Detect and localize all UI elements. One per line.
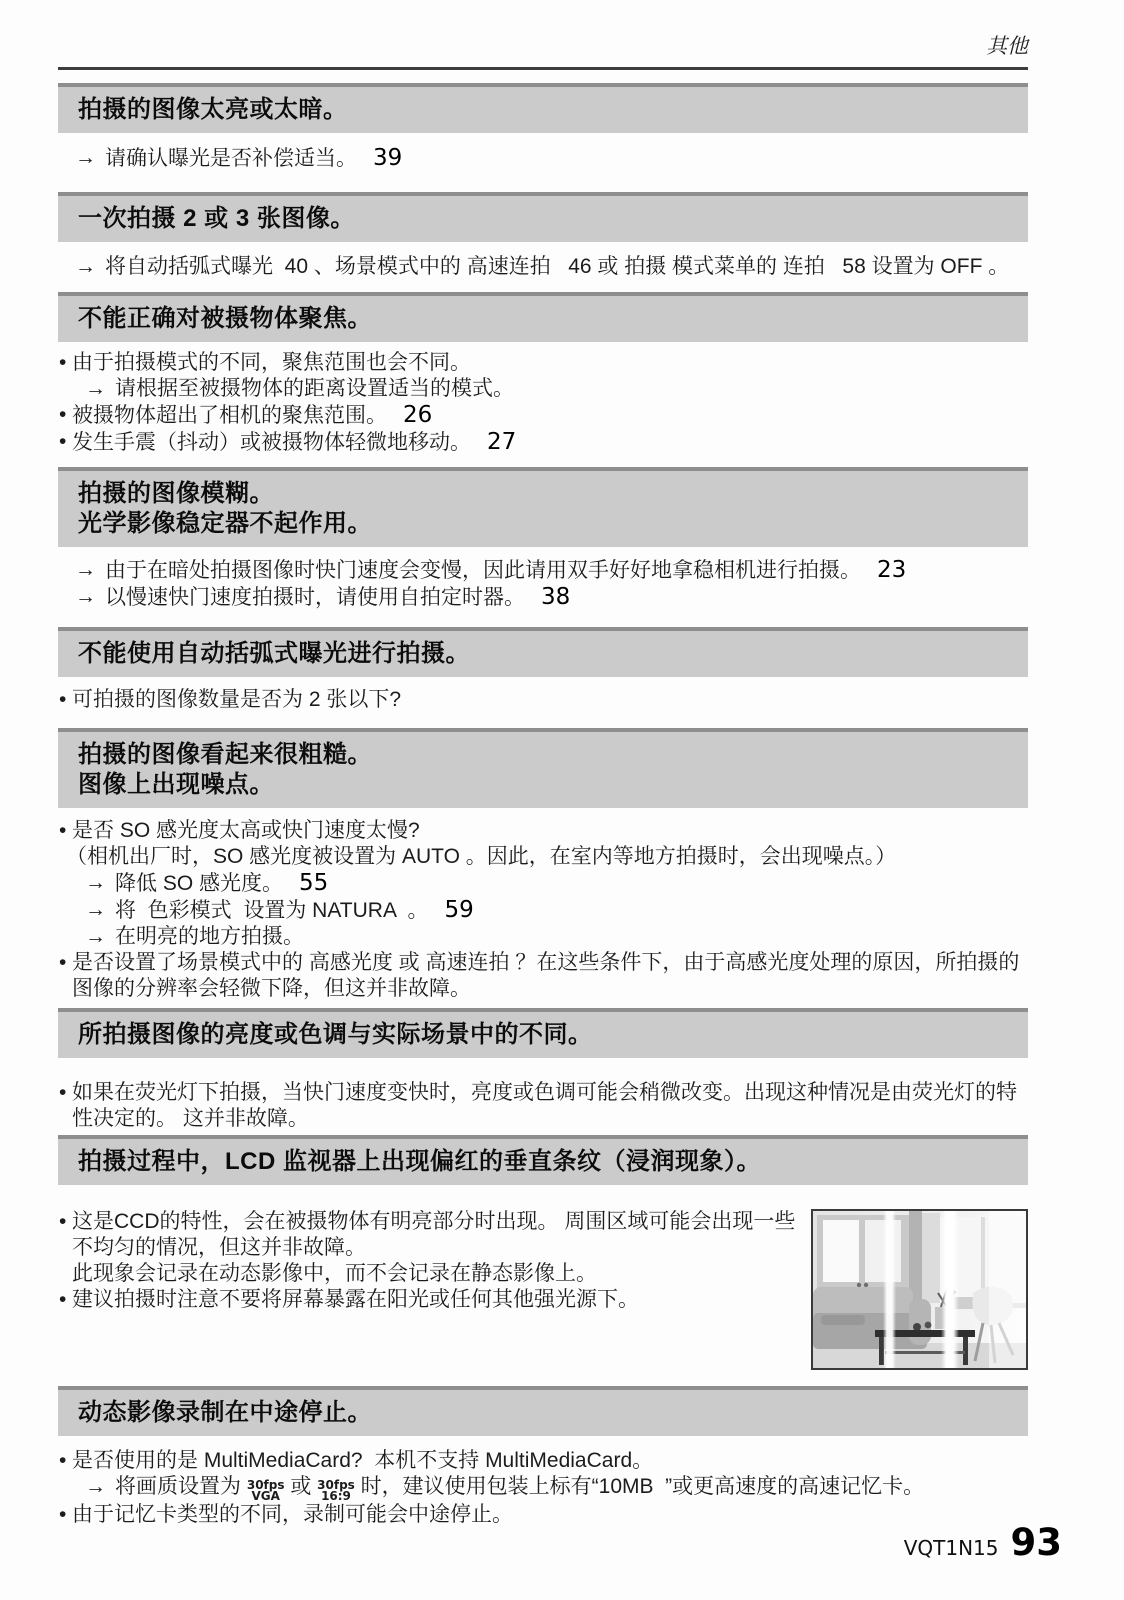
section-body: →将自动括弧式曝光 40 、场景模式中的 高速连拍 46 或 拍摄 模式菜单的 …: [58, 254, 1028, 280]
section-header: 拍摄的图像太亮或太暗。: [58, 83, 1028, 133]
section-title: 拍摄的图像模糊。: [78, 479, 1016, 509]
list-item: •是否 SO 感光度太高或快门速度太慢?: [58, 818, 1028, 844]
arrow-icon: →: [85, 1474, 106, 1500]
quality-mode-30fps-vga-icon: 30fpsVGA: [247, 1480, 285, 1502]
list-item: •是否使用的是 MultiMediaCard? 本机不支持 MultiMedia…: [58, 1448, 1028, 1474]
section-title: 不能正确对被摄物体聚焦。: [78, 304, 1016, 334]
section-title: 拍摄过程中，LCD 监视器上出现偏红的垂直条纹（浸润现象）。: [78, 1147, 1016, 1177]
bullet-icon: •: [59, 687, 66, 713]
page-number: 93: [1011, 1521, 1063, 1564]
bullet-icon: •: [59, 350, 66, 376]
section-title: 不能使用自动括弧式曝光进行拍摄。: [78, 639, 1016, 669]
list-item: •这是CCD的特性，会在被摄物体有明亮部分时出现。 周围区域可能会出现一些不均匀…: [58, 1209, 800, 1261]
arrow-icon: →: [75, 584, 96, 610]
chapter-label: 其他: [58, 34, 1028, 58]
list-item: →将自动括弧式曝光 40 、场景模式中的 高速连拍 46 或 拍摄 模式菜单的 …: [58, 254, 1028, 280]
section-title: 一次拍摄 2 或 3 张图像。: [78, 204, 1016, 234]
section-header: 不能使用自动括弧式曝光进行拍摄。: [58, 627, 1028, 677]
list-item: →在明亮的地方拍摄。: [58, 924, 1028, 950]
list-item: （相机出厂时，SO 感光度被设置为 AUTO 。因此，在室内等地方拍摄时，会出现…: [58, 844, 1028, 870]
page-reference: 26: [403, 402, 432, 428]
section-body: →由于在暗处拍摄图像时快门速度会变慢，因此请用双手好好地拿稳相机进行拍摄。23 …: [58, 557, 1028, 611]
list-item: •如果在荧光灯下拍摄，当快门速度变快时，亮度或色调可能会稍微改变。出现这种情况是…: [58, 1080, 1028, 1132]
section-header: 动态影像录制在中途停止。: [58, 1386, 1028, 1436]
page-reference: 27: [487, 429, 516, 455]
section-title-line2: 图像上出现噪点。: [78, 770, 1016, 800]
section-body: •是否 SO 感光度太高或快门速度太慢? （相机出厂时，SO 感光度被设置为 A…: [58, 818, 1028, 1002]
page-reference: 59: [444, 897, 473, 923]
list-item: •由于拍摄模式的不同，聚焦范围也会不同。: [58, 350, 1028, 376]
list-item: →降低 SO 感光度。55: [58, 870, 1028, 897]
section-title: 所拍摄图像的亮度或色调与实际场景中的不同。: [78, 1020, 1016, 1050]
smear-example-photo: [811, 1209, 1028, 1370]
bullet-icon: •: [59, 402, 66, 428]
bullet-icon: •: [59, 1502, 66, 1528]
page-reference: 55: [299, 870, 328, 896]
page-reference: 39: [373, 145, 402, 171]
bullet-icon: •: [59, 1448, 66, 1474]
arrow-icon: →: [75, 557, 96, 583]
arrow-icon: →: [85, 376, 106, 402]
page-reference: 23: [877, 557, 906, 583]
list-item: •发生手震（抖动）或被摄物体轻微地移动。27: [58, 429, 1028, 456]
arrow-icon: →: [85, 897, 106, 923]
section-body: •由于拍摄模式的不同，聚焦范围也会不同。 →请根据至被摄物体的距离设置适当的模式…: [58, 350, 1028, 456]
bullet-icon: •: [59, 818, 66, 844]
bullet-icon: •: [59, 429, 66, 455]
list-item: →由于在暗处拍摄图像时快门速度会变慢，因此请用双手好好地拿稳相机进行拍摄。23: [58, 557, 1028, 584]
document-code: VQT1N15: [904, 1536, 999, 1560]
section-header: 拍摄的图像看起来很粗糙。 图像上出现噪点。: [58, 728, 1028, 808]
list-item: •被摄物体超出了相机的聚焦范围。26: [58, 402, 1028, 429]
list-item: →以慢速快门速度拍摄时，请使用自拍定时器。38: [58, 584, 1028, 611]
bullet-icon: •: [59, 1209, 66, 1235]
bullet-icon: •: [59, 1080, 66, 1106]
quality-mode-30fps-169-icon: 30fps16:9: [317, 1480, 355, 1502]
list-item: •可拍摄的图像数量是否为 2 张以下?: [58, 687, 1028, 713]
page-footer: VQT1N15 93: [904, 1521, 1062, 1564]
bullet-icon: •: [59, 950, 66, 976]
list-item: →将画质设置为 30fpsVGA 或 30fps16:9 时，建议使用包装上标有…: [58, 1474, 1028, 1502]
section-header: 拍摄过程中，LCD 监视器上出现偏红的垂直条纹（浸润现象）。: [58, 1135, 1028, 1185]
section-header: 拍摄的图像模糊。 光学影像稳定器不起作用。: [58, 467, 1028, 547]
section-title: 拍摄的图像太亮或太暗。: [78, 95, 1016, 125]
list-item: →请根据至被摄物体的距离设置适当的模式。: [58, 376, 1028, 402]
section-body: •可拍摄的图像数量是否为 2 张以下?: [58, 687, 1028, 713]
section-title: 动态影像录制在中途停止。: [78, 1398, 1016, 1428]
section-header: 所拍摄图像的亮度或色调与实际场景中的不同。: [58, 1008, 1028, 1058]
list-item: →将 色彩模式 设置为 NATURA 。59: [58, 897, 1028, 924]
arrow-icon: →: [85, 870, 106, 896]
bullet-icon: •: [59, 1287, 66, 1313]
section-header: 一次拍摄 2 或 3 张图像。: [58, 192, 1028, 242]
list-item: →请确认曝光是否补偿适当。39: [58, 145, 1028, 172]
arrow-icon: →: [85, 924, 106, 950]
list-item: 此现象会记录在动态影像中，而不会记录在静态影像上。: [58, 1261, 800, 1287]
section-header: 不能正确对被摄物体聚焦。: [58, 292, 1028, 342]
section-body: •如果在荧光灯下拍摄，当快门速度变快时，亮度或色调可能会稍微改变。出现这种情况是…: [58, 1080, 1028, 1132]
section-body: •是否使用的是 MultiMediaCard? 本机不支持 MultiMedia…: [58, 1448, 1028, 1528]
list-item: •建议拍摄时注意不要将屏幕暴露在阳光或任何其他强光源下。: [58, 1287, 800, 1313]
header-rule: [58, 67, 1028, 70]
section-title-line2: 光学影像稳定器不起作用。: [78, 509, 1016, 539]
arrow-icon: →: [75, 145, 96, 171]
section-body: →请确认曝光是否补偿适当。39: [58, 145, 1028, 172]
section-body: •这是CCD的特性，会在被摄物体有明亮部分时出现。 周围区域可能会出现一些不均匀…: [58, 1209, 1028, 1370]
list-item: •由于记忆卡类型的不同，录制可能会中途停止。: [58, 1502, 1028, 1528]
arrow-icon: →: [75, 254, 96, 280]
document-page: 其他 拍摄的图像太亮或太暗。 →请确认曝光是否补偿适当。39 一次拍摄 2 或 …: [0, 0, 1124, 1600]
list-item: •是否设置了场景模式中的 高感光度 或 高速连拍 ？在这些条件下，由于高感光度处…: [58, 950, 1028, 1002]
section-title: 拍摄的图像看起来很粗糙。: [78, 740, 1016, 770]
page-reference: 38: [541, 584, 570, 610]
